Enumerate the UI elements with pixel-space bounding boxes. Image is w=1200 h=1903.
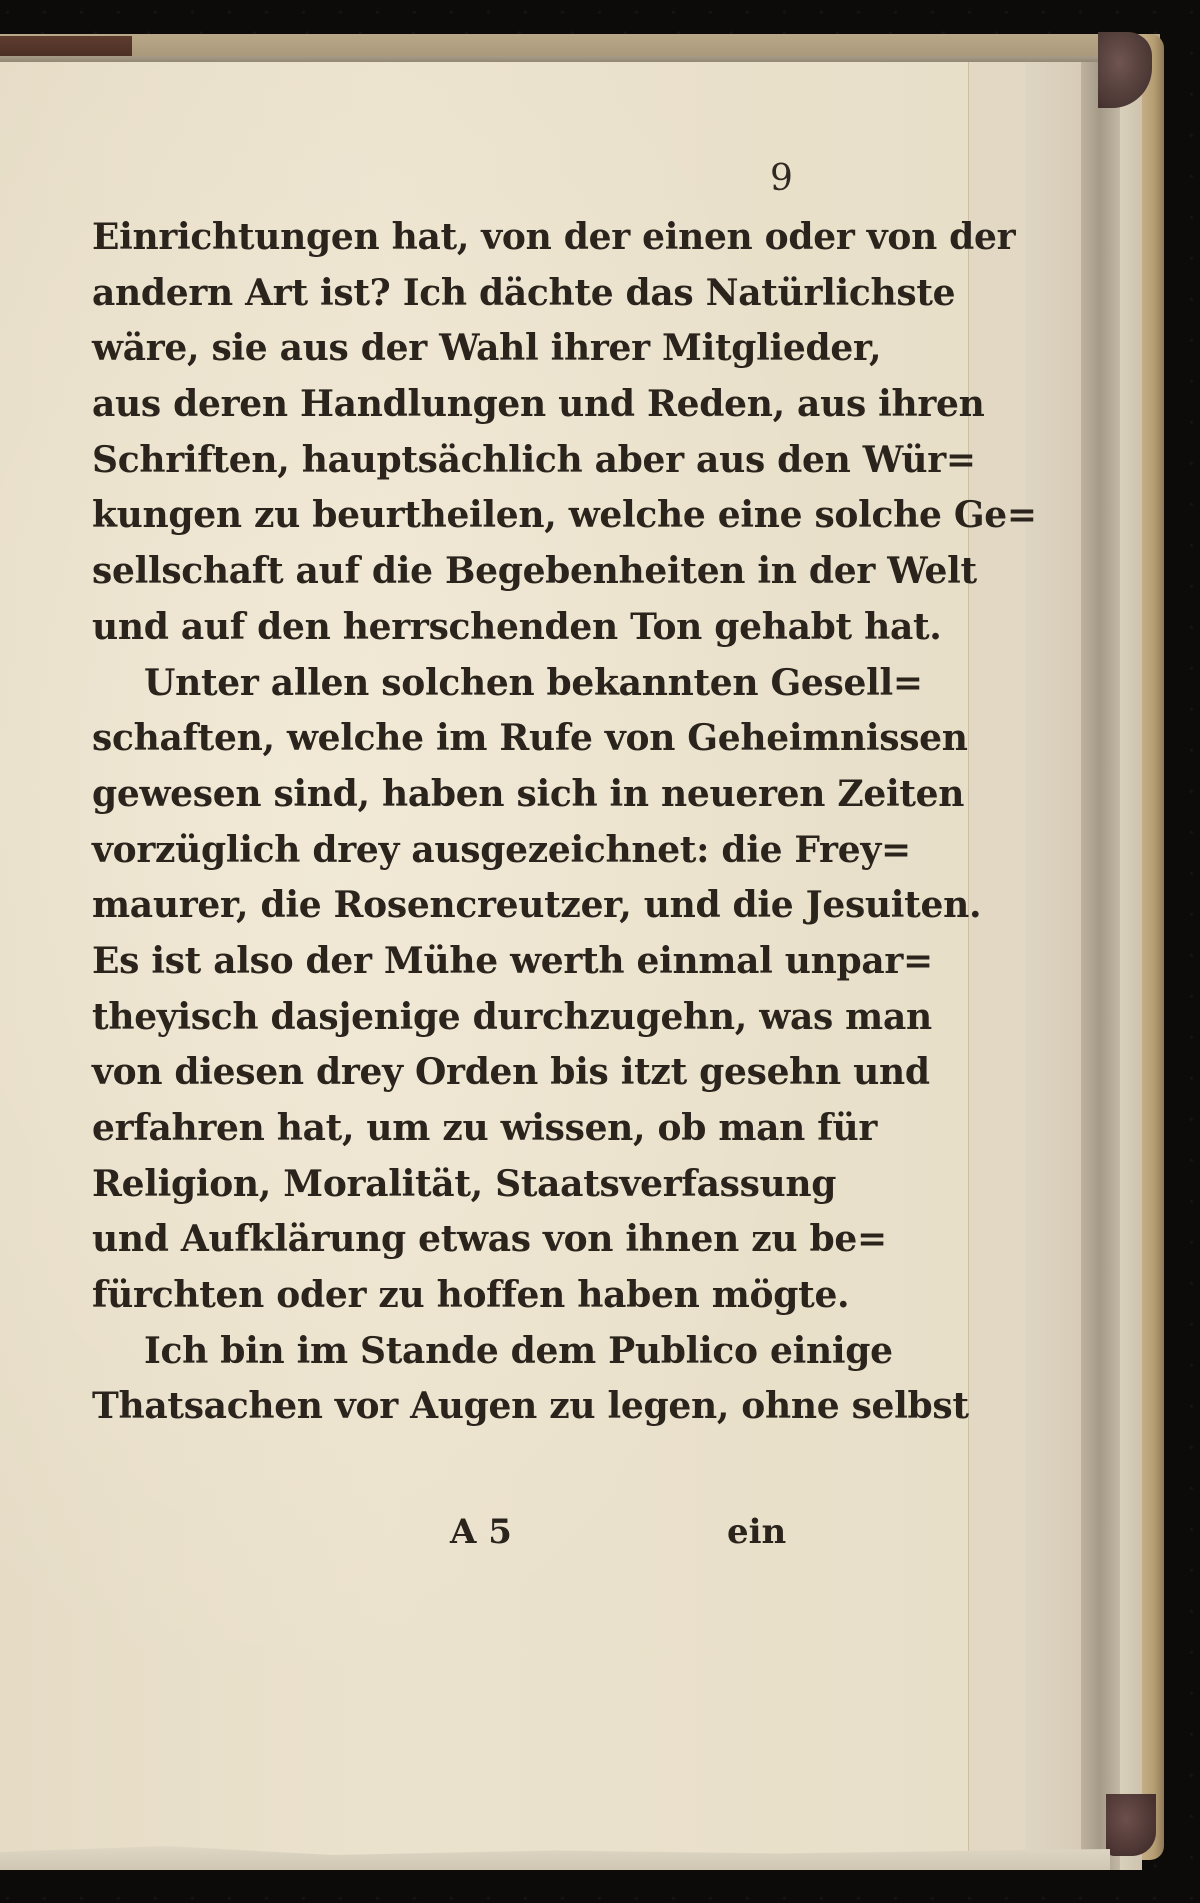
page-edge-strip <box>1024 62 1081 1870</box>
right-cover-edge <box>1140 34 1164 1860</box>
text-line: theyisch dasjenige durchzugehn, was man <box>92 990 782 1046</box>
text-line: Ich bin im Stande dem Publico einige <box>92 1324 782 1380</box>
text-line: und Aufklärung etwas von ihnen zu be= <box>92 1212 782 1268</box>
text-line: schaften, welche im Rufe von Geheimnisse… <box>92 711 782 767</box>
text-line: aus deren Handlungen und Reden, aus ihre… <box>92 377 782 433</box>
page-edge-strip <box>968 62 1025 1870</box>
body-text: Einrichtungen hat, von der einen oder vo… <box>92 210 782 1435</box>
page-edge-strip <box>1120 62 1142 1870</box>
text-line: Es ist also der Mühe werth einmal unpar= <box>92 934 782 990</box>
text-line: sellschaft auf die Begebenheiten in der … <box>92 544 782 600</box>
text-line: kungen zu beurtheilen, welche eine solch… <box>92 488 782 544</box>
text-line: erfahren hat, um zu wissen, ob man für <box>92 1101 782 1157</box>
text-line: von diesen drey Orden bis itzt gesehn un… <box>92 1045 782 1101</box>
text-line: Religion, Moralität, Staatsverfassung <box>92 1157 782 1213</box>
signature-mark: A 5 <box>450 1512 512 1552</box>
page-number: 9 <box>770 158 793 199</box>
catchword: ein <box>727 1512 786 1552</box>
top-leather-corner <box>0 36 132 58</box>
page-edge-strip <box>1080 62 1120 1870</box>
text-line: andern Art ist? Ich dächte das Natürlich… <box>92 266 782 322</box>
bottom-right-leather-corner <box>1106 1794 1156 1856</box>
text-line: Unter allen solchen bekannten Gesell= <box>92 656 782 712</box>
text-line: Einrichtungen hat, von der einen oder vo… <box>92 210 782 266</box>
text-line: fürchten oder zu hoffen haben mögte. <box>92 1268 782 1324</box>
text-line: maurer, die Rosencreutzer, und die Jesui… <box>92 878 782 934</box>
text-line: vorzüglich drey ausgezeichnet: die Frey= <box>92 823 782 879</box>
top-cover-edge <box>0 34 1160 58</box>
text-line: Schriften, hauptsächlich aber aus den Wü… <box>92 433 782 489</box>
text-line: wäre, sie aus der Wahl ihrer Mitglieder, <box>92 321 782 377</box>
text-line: gewesen sind, haben sich in neueren Zeit… <box>92 767 782 823</box>
text-line: und auf den herrschenden Ton gehabt hat. <box>92 600 782 656</box>
text-line: Thatsachen vor Augen zu legen, ohne selb… <box>92 1379 782 1435</box>
